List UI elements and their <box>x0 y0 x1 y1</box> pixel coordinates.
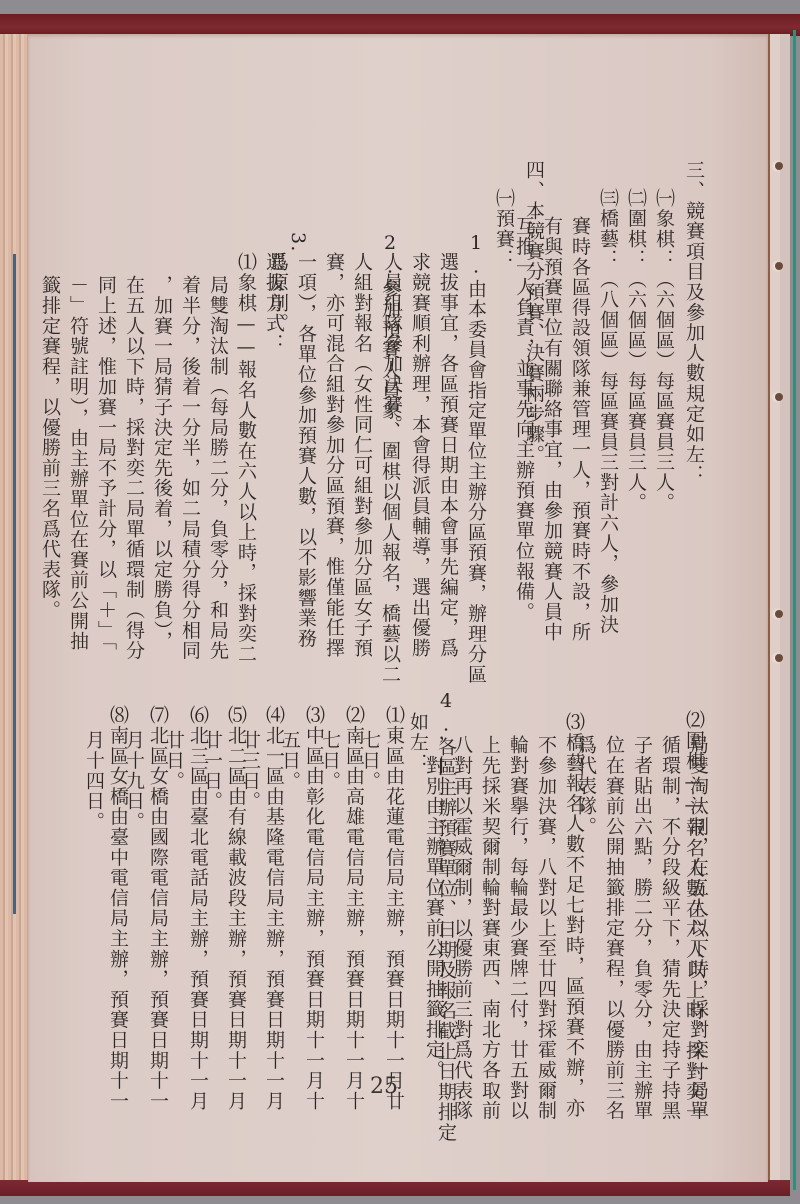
region-entry: ⑶中區由彰化電信局主辦，預賽日期十一月十 <box>300 705 328 1111</box>
go-rule-text: 循環制，不分段級平下，猜先決定持子持黑 <box>656 735 684 1121</box>
section3-text: 賽時各區得設領隊兼管理一人，預賽時不設，所 <box>566 216 594 642</box>
para1-text: 選拔事宜，各區預賽日期由本會事先編定，爲 <box>434 252 462 658</box>
chess-rule-text: －」符號註明），由主辦單位在賽前公開抽 <box>64 275 92 651</box>
chess-rule-text: 同上述，惟加賽一局不予計分，以「＋」「 <box>92 275 120 651</box>
para2-text: 2.參加預賽人員象、圍棋以個人報名，橋藝以二 <box>376 232 404 685</box>
chess-rule-text: 在五人以下時，採對奕二局單循環制（得分 <box>120 275 148 661</box>
region-entry-cont: 月十四日。 <box>80 730 108 832</box>
page-right-edge <box>768 34 790 1184</box>
section3-item-chess: ㈠象棋：（六個區）每區賽員三人。 <box>650 188 678 513</box>
binding-strip <box>793 30 796 1190</box>
para2-text: 一項），各單位參加預賽人數，以不影響業務 <box>292 252 320 649</box>
subheading-prelim: ㈠預賽： <box>490 188 518 269</box>
para4-text: 4.各區主辦預賽單位、日期及報名截止日期排定 <box>432 690 460 1143</box>
section4-heading: 四、本競賽分預賽、決賽兩步驟。 <box>520 160 548 465</box>
bridge-rule-text: 輪對賽擧行，每輪最少賽牌二付，廿五對以 <box>504 735 532 1121</box>
region-entry: ⑺北區女橋由國際電信局主辦，預賽日期十一 <box>144 705 172 1111</box>
section3-item-bridge: ㈢橋藝：（八個區）每區賽員三對計六人，參加決 <box>594 188 622 635</box>
para1-text: 求競賽順利辦理，本會得派員輔導，選出優勝 <box>406 252 434 658</box>
gutter-line <box>13 254 16 914</box>
go-rule-text: 子者貼出六點，勝二分，負零分，由主辦單 <box>628 735 656 1121</box>
para2-text: 賽，亦可混合組對參加分區預賽，惟僅能任擇 <box>320 252 348 658</box>
region-entry: ⑸北二區由有線載波段主辦，預賽日期十一月 <box>222 705 250 1111</box>
region-entry: ⑹北三區由臺北電話局主辦，預賽日期十一月 <box>184 705 212 1111</box>
bridge-rule-text: 不參加決賽，八對以上至廿四對採霍威爾制 <box>532 735 560 1121</box>
chess-rule-text: ，加賽一局猜子決定先後着，以定勝負）， <box>148 275 176 651</box>
para4-text: 如左： <box>404 712 432 773</box>
page-number: 25 <box>370 1074 398 1099</box>
region-entry: ⑵南區由高雄電信局主辦，預賽日期十一月十 <box>340 705 368 1111</box>
para1-text: 1.由本委員會指定單位主辦分區預賽，辦理分區 <box>462 232 490 685</box>
region-entry: ⑷北一區由基隆電信局主辦，預賽日期十一月 <box>260 705 288 1111</box>
section3-item-go: ㈡圍棋：（六個區）每區賽員三人。 <box>622 188 650 513</box>
go-rule-text: 位在賽前公開抽籤排定賽程，以優勝前三名 <box>600 735 628 1121</box>
binding-hole <box>775 162 783 170</box>
region-entry: ⑻南區女橋由臺中電信局主辦，預賽日期十一 <box>104 705 132 1111</box>
section3-heading: 三、競賽項目及參加人數規定如左： <box>680 160 708 485</box>
chess-rule-text: 籤排定賽程，以優勝前三名爲代表隊。 <box>36 275 64 620</box>
para2-text: 人組對報名（女性同仁可組對參加分區女子預 <box>348 252 376 658</box>
binding-hole <box>775 654 783 662</box>
bridge-rule-text: 上先採米契爾制輪對賽東西、南北方各取前 <box>476 735 504 1121</box>
region-entry: ⑴東區由花蓮電信局主辦，預賽日期十一月廿 <box>380 705 408 1111</box>
bridge-rule-text: ⑶橋藝報名人數不足七對時，區預賽不辦，亦 <box>560 712 588 1118</box>
binding-hole <box>775 262 783 270</box>
para3-number: 3. <box>284 232 312 253</box>
chess-rule-text: 局雙淘汰制（每局勝二分，負零分，和局先 <box>204 275 232 661</box>
binding-hole <box>775 393 783 401</box>
book-cover-top-edge <box>0 14 800 36</box>
chess-rule-text: ⑴象棋——報名人數在六人以上時，採對奕二 <box>232 252 260 664</box>
chess-rule-text: 着半分，後着一分半，如二局積分得分相同 <box>176 275 204 661</box>
binding-hole <box>775 610 783 618</box>
book-cover-bottom-edge <box>0 1180 790 1196</box>
para3-heading: 選拔方式： <box>260 252 288 354</box>
go-rule-text: 局雙淘汰制，在五人以下時，採對奕一局單 <box>684 735 712 1121</box>
